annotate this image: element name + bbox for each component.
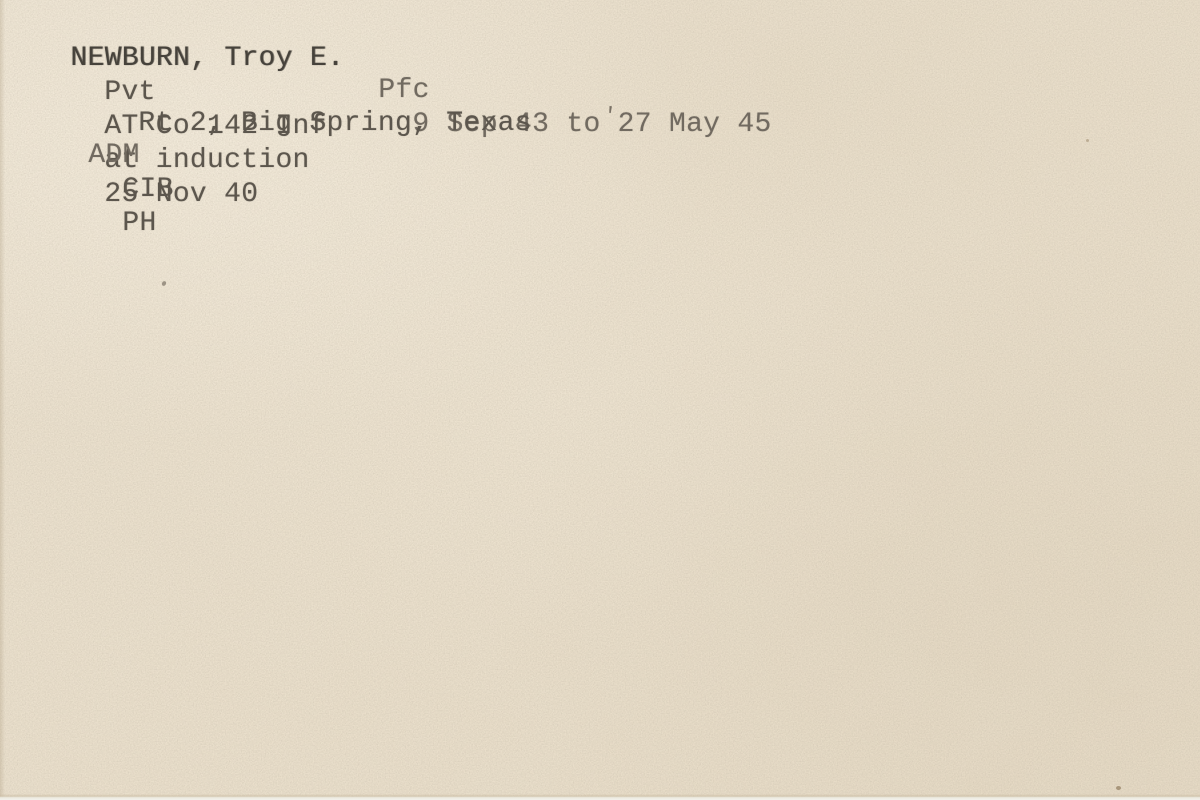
award-adm: ADM [88,140,139,171]
card-left-edge [0,0,5,800]
home-address: Rt 2, Big Spring, Texas [138,108,531,139]
stray-typewriter-mark: ' [602,103,618,129]
ink-speck [1116,786,1121,790]
card-bottom-edge [0,794,1200,800]
award-ph: PH [122,208,156,239]
soldier-name: NEWBURN, Troy E. [70,43,344,74]
index-card: NEWBURN, Troy E. Pvt AT Co 142 Inf at in… [0,0,1200,800]
typed-line-4: ADM CIB PH [20,105,174,275]
award-cib: CIB [122,174,173,205]
ink-speck [161,280,167,286]
ink-speck [1086,139,1089,142]
